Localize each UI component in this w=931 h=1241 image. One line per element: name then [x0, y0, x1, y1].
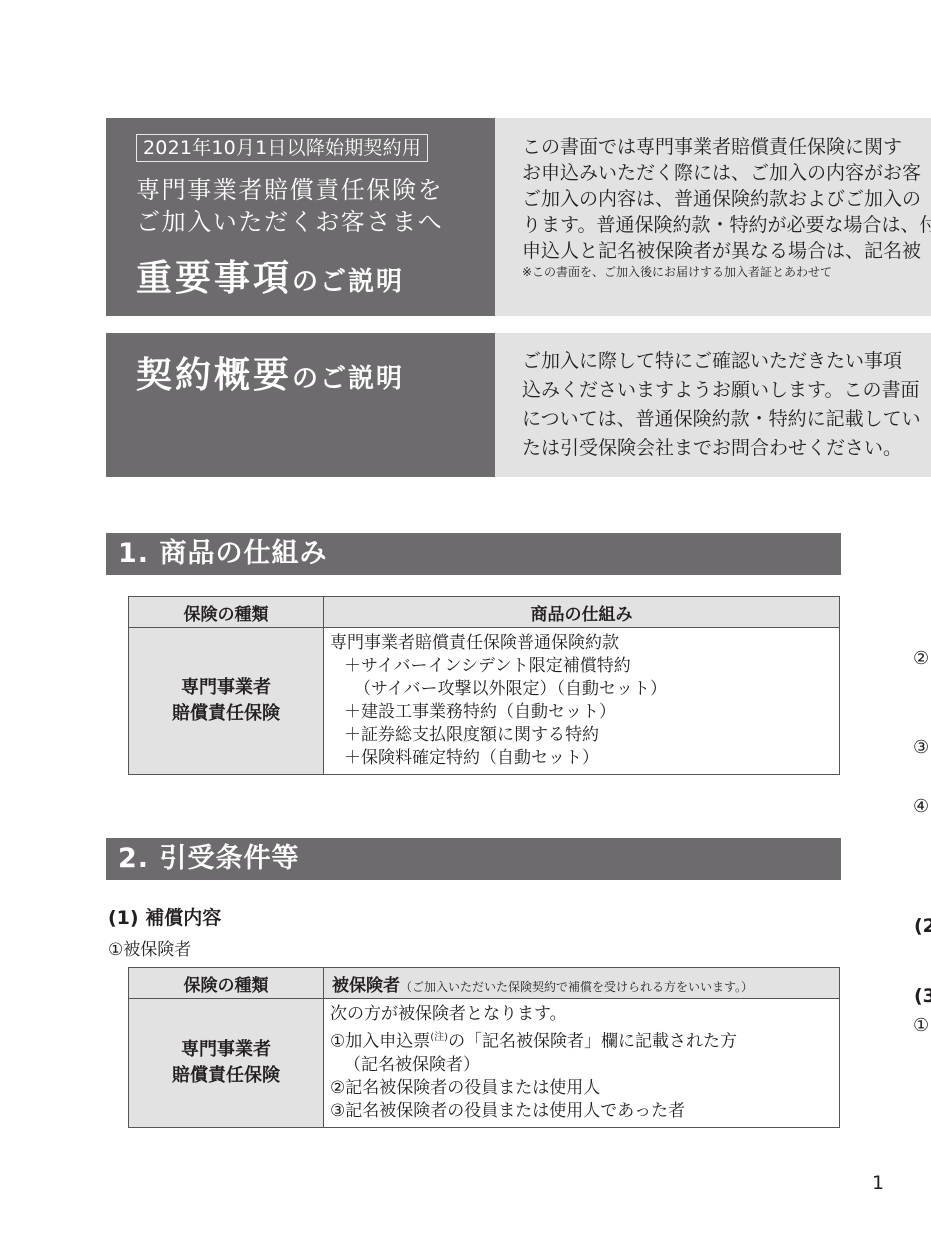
intro-note: ※この書面を、ご加入後にお届けする加入者証とあわせて	[522, 264, 931, 280]
section-heading-text: 1. 商品の仕組み	[118, 535, 327, 573]
header-insured-main: 被保険者	[332, 976, 400, 996]
table-header-row: 保険の種類 商品の仕組み	[129, 597, 840, 628]
next-column-fragment: ②	[913, 648, 929, 669]
type-line: 専門事業者	[130, 1037, 322, 1063]
structure-line: ＋サイバーインシデント限定補償特約	[330, 655, 833, 678]
applicability-date-label: 2021年10月1日以降始期契約用	[136, 134, 428, 162]
type-line: 専門事業者	[130, 675, 322, 701]
footnote-marker: (注)	[430, 1032, 448, 1043]
summary-title-suffix: のご説明	[292, 364, 404, 394]
structure-line: 専門事業者賠償責任保険普通保険約款	[330, 632, 833, 655]
insured-line: ③記名被保険者の役員または使用人であった者	[330, 1100, 833, 1123]
summary-line: については、普通保険約款・特約に記載してい	[522, 405, 921, 434]
summary-intro-text: ご加入に際して特にご確認いただきたい事項 込みくださいますようお願いします。この…	[522, 347, 921, 463]
insured-description-cell: 次の方が被保険者となります。 ①加入申込票(注)の「記名被保険者」欄に記載された…	[324, 999, 840, 1128]
next-column-fragment: ①	[913, 1015, 929, 1036]
section-heading-2: 2. 引受条件等	[106, 838, 841, 880]
coverage-subheading: (1) 補償内容	[108, 903, 221, 930]
cover-intro-panel: この書面では専門事業者賠償責任保険に関す お申込みいただく際には、ご加入の内容が…	[495, 118, 931, 316]
insured-line: （記名被保険者）	[330, 1054, 833, 1077]
structure-line: ＋証券総支払限度額に関する特約	[330, 724, 833, 747]
page-number: 1	[872, 1172, 884, 1194]
insured-line: ②記名被保険者の役員または使用人	[330, 1077, 833, 1100]
intro-line: ります。普通保険約款・特約が必要な場合は、付	[522, 212, 931, 238]
table-row: 専門事業者 賠償責任保険 次の方が被保険者となります。 ①加入申込票(注)の「記…	[129, 999, 840, 1128]
cover-subtitle-line-2: ご加入いただくお客さまへ	[136, 206, 443, 238]
summary-title-panel: 契約概要のご説明	[106, 333, 495, 477]
next-column-fragment: ④	[913, 796, 929, 817]
structure-line: （サイバー攻撃以外限定）（自動セット）	[330, 678, 833, 701]
insured-item-label: ①被保険者	[108, 935, 191, 960]
header-insurance-type: 保険の種類	[129, 968, 324, 999]
insurance-type-cell: 専門事業者 賠償責任保険	[129, 999, 324, 1128]
table-header-row: 保険の種類 被保険者（ご加入いただいた保険契約で補償を受けられる方をいいます。）	[129, 968, 840, 999]
cover-subtitle-line-1: 専門事業者賠償責任保険を	[136, 174, 443, 206]
structure-line: ＋建設工事業務特約（自動セット）	[330, 701, 833, 724]
insured-line: ①加入申込票(注)の「記名被保険者」欄に記載された方	[330, 1026, 833, 1054]
section-heading-1: 1. 商品の仕組み	[106, 533, 841, 575]
summary-intro-panel: ご加入に際して特にご確認いただきたい事項 込みくださいますようお願いします。この…	[495, 333, 931, 477]
header-insurance-type: 保険の種類	[129, 597, 324, 628]
product-structure-table: 保険の種類 商品の仕組み 専門事業者 賠償責任保険 専門事業者賠償責任保険普通保…	[128, 596, 840, 775]
next-column-fragment: (3	[914, 985, 931, 1007]
intro-line: 申込人と記名被保険者が異なる場合は、記名被	[522, 238, 931, 264]
insured-line-post: の「記名被保険者」欄に記載された方	[448, 1032, 737, 1052]
summary-line: 込みくださいますようお願いします。この書面	[522, 376, 921, 405]
insured-table: 保険の種類 被保険者（ご加入いただいた保険契約で補償を受けられる方をいいます。）…	[128, 967, 840, 1128]
insured-line: 次の方が被保険者となります。	[330, 1003, 833, 1026]
section-heading-text: 2. 引受条件等	[118, 840, 299, 878]
table-row: 専門事業者 賠償責任保険 専門事業者賠償責任保険普通保険約款 ＋サイバーインシデ…	[129, 628, 840, 775]
cover-subtitle: 専門事業者賠償責任保険を ご加入いただくお客さまへ	[136, 174, 443, 238]
header-insured: 被保険者（ご加入いただいた保険契約で補償を受けられる方をいいます。）	[324, 968, 840, 999]
cover-intro-text: この書面では専門事業者賠償責任保険に関す お申込みいただく際には、ご加入の内容が…	[522, 134, 931, 280]
type-line: 賠償責任保険	[130, 701, 322, 727]
summary-line: ご加入に際して特にご確認いただきたい事項	[522, 347, 921, 376]
cover-title-suffix: のご説明	[292, 267, 404, 297]
cover-title: 重要事項のご説明	[136, 250, 404, 301]
intro-line: ご加入の内容は、普通保険約款およびご加入の	[522, 186, 931, 212]
header-insured-note: （ご加入いただいた保険契約で補償を受けられる方をいいます。）	[400, 980, 753, 994]
insured-line-pre: ①加入申込票	[330, 1032, 430, 1052]
header-product-structure: 商品の仕組み	[324, 597, 840, 628]
next-column-fragment: (2	[914, 915, 931, 937]
intro-line: この書面では専門事業者賠償責任保険に関す	[522, 134, 931, 160]
summary-line: たは引受保険会社までお問合わせください。	[522, 434, 921, 463]
next-column-fragment: ③	[913, 737, 929, 758]
product-structure-cell: 専門事業者賠償責任保険普通保険約款 ＋サイバーインシデント限定補償特約 （サイバ…	[324, 628, 840, 775]
type-line: 賠償責任保険	[130, 1063, 322, 1089]
cover-title-main: 重要事項	[136, 258, 292, 299]
summary-title: 契約概要のご説明	[136, 347, 404, 398]
cover-title-panel: 2021年10月1日以降始期契約用 専門事業者賠償責任保険を ご加入いただくお客…	[106, 118, 495, 316]
structure-line: ＋保険料確定特約（自動セット）	[330, 747, 833, 770]
intro-line: お申込みいただく際には、ご加入の内容がお客	[522, 160, 931, 186]
summary-title-main: 契約概要	[136, 355, 292, 396]
insurance-type-cell: 専門事業者 賠償責任保険	[129, 628, 324, 775]
